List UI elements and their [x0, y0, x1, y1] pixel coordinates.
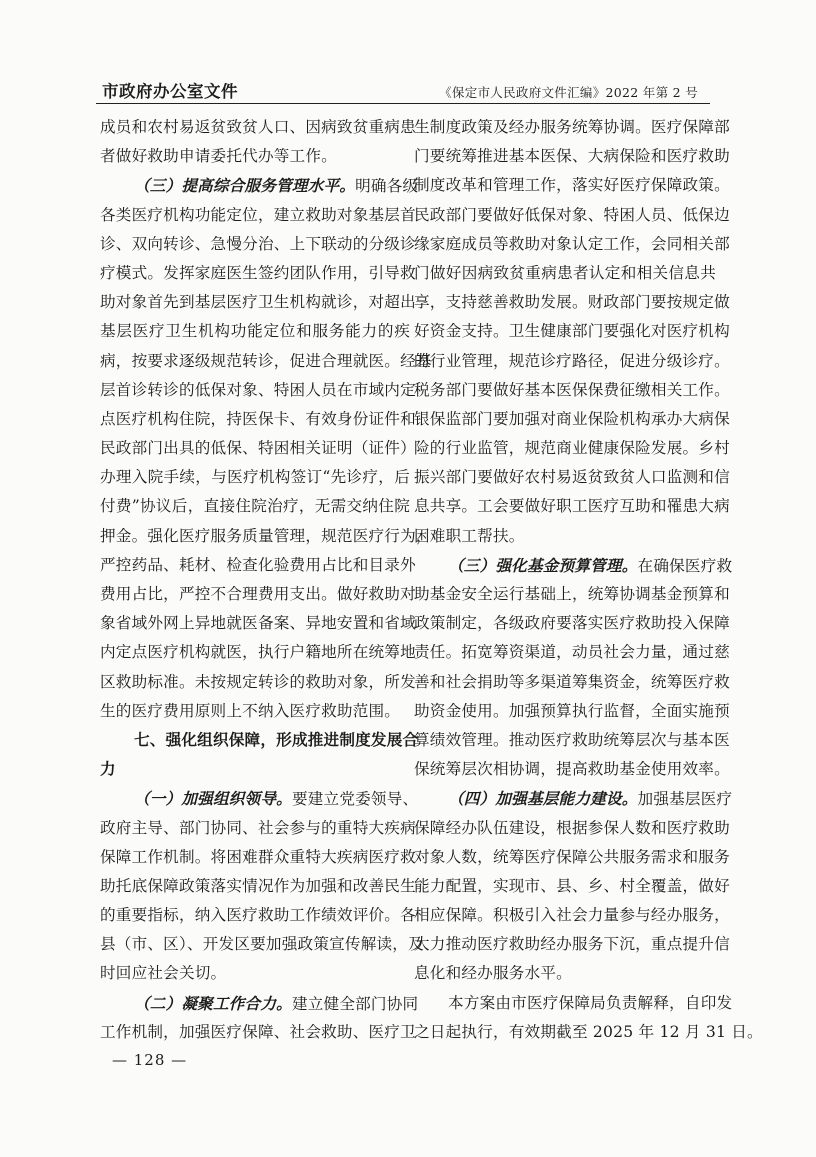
page-number: — 128 —	[112, 1050, 187, 1070]
body-text: 要建立党委领导、	[292, 790, 418, 808]
body-line: 振兴部门要做好农村易返贫致贫人口监测和信	[414, 463, 716, 492]
body-line: 生的医疗费用原则上不纳入医疗救助范围。	[100, 697, 410, 726]
body-line: 政府主导、部门协同、社会参与的重特大疾病	[100, 814, 410, 843]
body-line: 对象人数，统筹医疗保障公共服务需求和服务	[414, 843, 716, 872]
body-line: 制度改革和管理工作，落实好医疗保障政策。	[414, 171, 716, 200]
header-publication-title: 《保定市人民政府文件汇编》2022 年第 2 号	[439, 84, 698, 102]
body-line: 息共享。工会要做好职工医疗互助和罹患大病	[414, 492, 716, 521]
body-text: 建立健全部门协同	[292, 995, 418, 1013]
body-line: 善和社会捐助等多渠道筹集资金，统筹医疗救	[414, 668, 716, 697]
body-line: 保障工作机制。将困难群众重特大疾病医疗救	[100, 843, 410, 872]
body-line: 大力推动医疗救助经办服务下沉，重点提升信	[414, 930, 716, 959]
body-line: 本方案由市医疗保障局负责解释，自印发	[414, 989, 716, 1018]
body-text: 明确各级	[355, 177, 418, 195]
body-line: 生制度政策及经办服务统筹协调。医疗保障部	[414, 113, 716, 142]
body-line: 银保监部门要加强对商业保险机构承办大病保	[414, 405, 716, 434]
paragraph-start: （三）提高综合服务管理水平。明确各级	[100, 171, 410, 200]
body-line: 各类医疗机构功能定位，建立救助对象基层首	[100, 201, 410, 230]
paragraph-start: （一）加强组织领导。要建立党委领导、	[100, 784, 410, 813]
subsection-heading: （二）凝聚工作合力。	[134, 994, 292, 1013]
section-heading-continued: 力	[100, 755, 410, 784]
body-line: 困难职工帮扶。	[414, 522, 716, 551]
body-line: 工作机制，加强医疗保障、社会救助、医疗卫	[100, 1018, 410, 1047]
body-line: 诊、双向转诊、急慢分治、上下联动的分级诊	[100, 230, 410, 259]
body-line: 民政部门出具的低保、特困相关证明（证件）	[100, 434, 410, 463]
body-line: 保障经办队伍建设，根据参保人数和医疗救助	[414, 814, 716, 843]
body-text: 在确保医疗救	[638, 557, 733, 575]
body-line: 相应保障。积极引入社会力量参与经办服务，	[414, 901, 716, 930]
body-line: 保统筹层次相协调，提高救助基金使用效率。	[414, 755, 716, 784]
body-line: 办理入院手续，与医疗机构签订“先诊疗，后	[100, 463, 410, 492]
body-line: 险的行业监管，规范商业健康保险发展。乡村	[414, 434, 716, 463]
subsection-heading: （一）加强组织领导。	[134, 789, 292, 808]
body-line: 病，按要求逐级规范转诊，促进合理就医。经基	[100, 347, 410, 376]
body-line: 基层医疗卫生机构功能定位和服务能力的疾	[100, 317, 410, 346]
section-heading: 七、强化组织保障，形成推进制度发展合	[100, 726, 410, 755]
header-office-title: 市政府办公室文件	[102, 82, 238, 102]
body-line: 严控药品、耗材、检查化验费用占比和目录外	[100, 551, 410, 580]
body-line: 助基金安全运行基础上，统筹协调基金预算和	[414, 580, 716, 609]
body-line: 缘家庭成员等救助对象认定工作，会同相关部	[414, 230, 716, 259]
body-line: 助资金使用。加强预算执行监督，全面实施预	[414, 697, 716, 726]
body-line: 好资金支持。卫生健康部门要强化对医疗机构	[414, 317, 716, 346]
body-line: 区救助标准。未按规定转诊的救助对象，所发	[100, 668, 410, 697]
body-line: 享，支持慈善救助发展。财政部门要按规定做	[414, 288, 716, 317]
body-line: 政策制定，各级政府要落实医疗救助投入保障	[414, 609, 716, 638]
body-line: 疗模式。发挥家庭医生签约团队作用，引导救	[100, 259, 410, 288]
running-header: 市政府办公室文件 《保定市人民政府文件汇编》2022 年第 2 号	[96, 82, 710, 104]
paragraph-start: （二）凝聚工作合力。建立健全部门协同	[100, 989, 410, 1018]
body-line: 责任。拓宽筹资渠道，动员社会力量，通过慈	[414, 638, 716, 667]
body-line: 助对象首先到基层医疗卫生机构就诊，对超出	[100, 288, 410, 317]
body-line: 的行业管理，规范诊疗路径，促进分级诊疗。	[414, 347, 716, 376]
body-line: 付费”协议后，直接住院治疗，无需交纳住院	[100, 492, 410, 521]
body-line: 费用占比，严控不合理费用支出。做好救助对	[100, 580, 410, 609]
body-line: 象省域外网上异地就医备案、异地安置和省域	[100, 609, 410, 638]
body-line: 之日起执行，有效期截至 2025 年 12 月 31 日。	[414, 1018, 716, 1047]
body-line: 内定点医疗机构就医，执行户籍地所在统筹地	[100, 638, 410, 667]
body-line: 层首诊转诊的低保对象、特困人员在市域内定	[100, 376, 410, 405]
right-column: 生制度政策及经办服务统筹协调。医疗保障部 门要统筹推进基本医保、大病保险和医疗救…	[414, 113, 716, 1047]
body-line: 者做好救助申请委托代办等工作。	[100, 142, 410, 171]
body-text: 加强基层医疗	[638, 790, 733, 808]
body-line: 成员和农村易返贫致贫人口、因病致贫重病患	[100, 113, 410, 142]
body-line: 民政部门要做好低保对象、特困人员、低保边	[414, 201, 716, 230]
subsection-heading: （三）提高综合服务管理水平。	[134, 176, 355, 195]
body-line: 门做好因病致贫重病患者认定和相关信息共	[414, 259, 716, 288]
paragraph-start: （四）加强基层能力建设。加强基层医疗	[414, 784, 716, 813]
body-line: 税务部门要做好基本医保保费征缴相关工作。	[414, 376, 716, 405]
body-line: 押金。强化医疗服务质量管理，规范医疗行为，	[100, 522, 410, 551]
body-line: 息化和经办服务水平。	[414, 959, 716, 988]
subsection-heading: （四）加强基层能力建设。	[448, 789, 638, 808]
left-column: 成员和农村易返贫致贫人口、因病致贫重病患 者做好救助申请委托代办等工作。 （三）…	[100, 113, 410, 1047]
body-line: 助托底保障政策落实情况作为加强和改善民生	[100, 872, 410, 901]
body-line: 能力配置，实现市、县、乡、村全覆盖，做好	[414, 872, 716, 901]
body-line: 算绩效管理。推动医疗救助统筹层次与基本医	[414, 726, 716, 755]
body-line: 的重要指标，纳入医疗救助工作绩效评价。各	[100, 901, 410, 930]
subsection-heading: （三）强化基金预算管理。	[448, 556, 638, 575]
body-line: 时回应社会关切。	[100, 959, 410, 988]
body-line: 县（市、区）、开发区要加强政策宣传解读，及	[100, 930, 410, 959]
paragraph-start: （三）强化基金预算管理。在确保医疗救	[414, 551, 716, 580]
body-line: 点医疗机构住院，持医保卡、有效身份证件和	[100, 405, 410, 434]
body-line: 门要统筹推进基本医保、大病保险和医疗救助	[414, 142, 716, 171]
